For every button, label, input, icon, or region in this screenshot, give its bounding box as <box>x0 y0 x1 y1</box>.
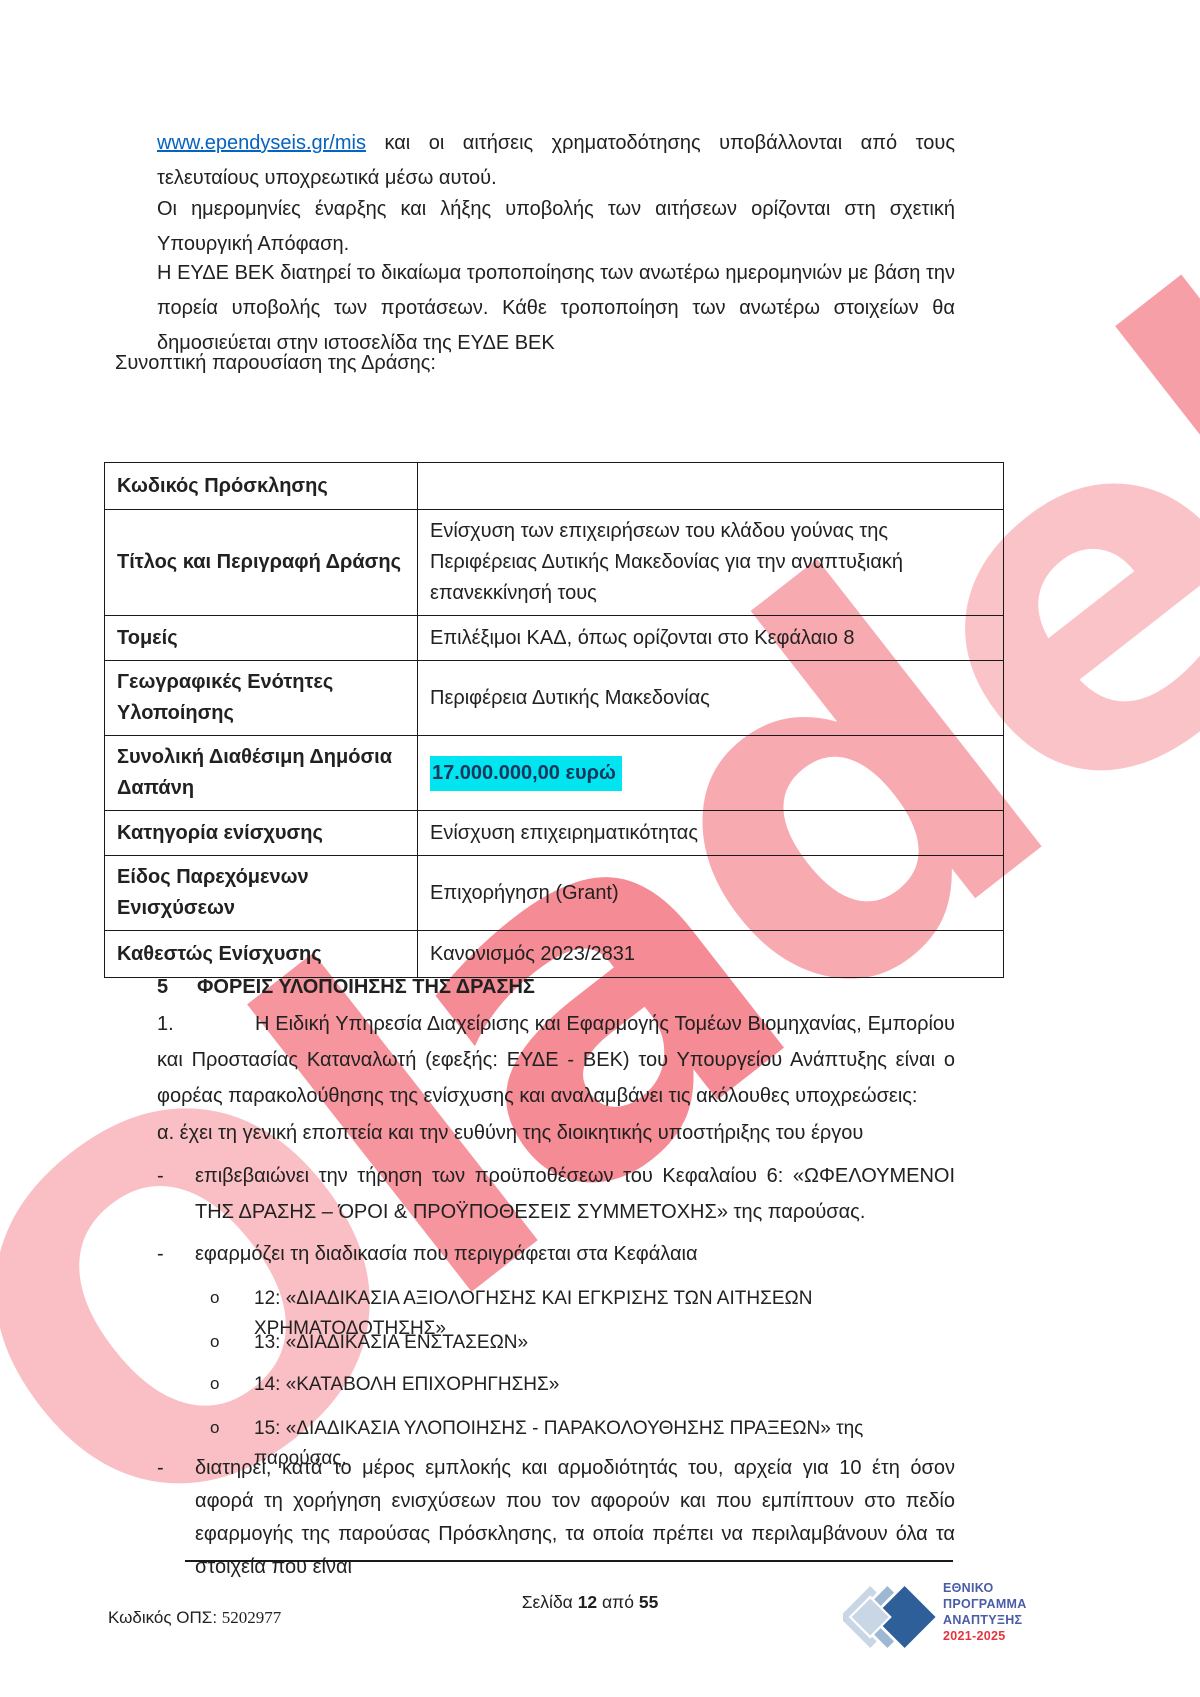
page-word: Σελίδα <box>522 1592 573 1612</box>
row-label: Γεωγραφικές Ενότητες Υλοποίησης <box>105 661 418 736</box>
action-summary-table: Κωδικός Πρόσκλησης Τίτλος και Περιγραφή … <box>104 462 1004 978</box>
ependyseis-link[interactable]: www.ependyseis.gr/mis <box>157 132 366 154</box>
row-value: 17.000.000,00 ευρώ <box>418 736 1004 811</box>
page-of-word: από <box>602 1592 634 1612</box>
epa-line1: ΕΘΝΙΚΟ <box>943 1580 1027 1596</box>
item-number: 1. <box>157 1006 255 1042</box>
dash-marker: - <box>157 1452 164 1485</box>
row-label: Συνολική Διαθέσιμη Δημόσια Δαπάνη <box>105 736 418 811</box>
ops-label: Κωδικός ΟΠΣ: <box>108 1608 217 1627</box>
bullet-text: 14: «ΚΑΤΑΒΟΛΗ ΕΠΙΧΟΡΗΓΗΣΗΣ» <box>254 1374 559 1395</box>
paragraph-submission: www.ependyseis.gr/mis και οι αιτήσεις χρ… <box>157 126 955 196</box>
section-heading: 5ΦΟΡΕΙΣ ΥΛΟΠΟΙΗΣΗΣ ΤΗΣ ΔΡΑΣΗΣ <box>157 976 955 999</box>
dash-bullet: - διατηρεί, κατά το μέρος εμπλοκής και α… <box>157 1452 955 1584</box>
table-row: Συνολική Διαθέσιμη Δημόσια Δαπάνη 17.000… <box>105 736 1004 811</box>
bullet-text: 13: «ΔΙΑΔΙΚΑΣΙΑ ΕΝΣΤΑΣΕΩΝ» <box>254 1332 528 1353</box>
row-label: Κωδικός Πρόσκλησης <box>105 463 418 510</box>
footer-rule <box>185 1560 953 1562</box>
epa-logo-text: ΕΘΝΙΚΟ ΠΡΟΓΡΑΜΜΑ ΑΝΑΠΤΥΞΗΣ 2021-2025 <box>943 1580 1027 1644</box>
row-label: Τίτλος και Περιγραφή Δράσης <box>105 510 418 616</box>
section-item-1: 1.Η Ειδική Υπηρεσία Διαχείρισης και Εφαρ… <box>157 1006 955 1114</box>
circle-bullet: o 14: «ΚΑΤΑΒΟΛΗ ΕΠΙΧΟΡΗΓΗΣΗΣ» <box>210 1370 955 1400</box>
ops-value: 5202977 <box>222 1608 282 1627</box>
table-row: Γεωγραφικές Ενότητες Υλοποίησης Περιφέρε… <box>105 661 1004 736</box>
table-intro-line: Συνοπτική παρουσίαση της Δράσης: <box>115 352 436 375</box>
table-row: Τίτλος και Περιγραφή Δράσης Ενίσχυση των… <box>105 510 1004 616</box>
row-label: Κατηγορία ενίσχυσης <box>105 811 418 856</box>
item-text: Η Ειδική Υπηρεσία Διαχείρισης και Εφαρμο… <box>157 1013 955 1107</box>
epa-line2: ΠΡΟΓΡΑΜΜΑ <box>943 1596 1027 1612</box>
document-page: www.ependyseis.gr/mis και οι αιτήσεις χρ… <box>0 0 1200 1697</box>
table-row: Κατηγορία ενίσχυσης Ενίσχυση επιχειρηματ… <box>105 811 1004 856</box>
page-current: 12 <box>578 1592 597 1612</box>
circle-marker: o <box>210 1413 219 1443</box>
row-value: Ενίσχυση των επιχειρήσεων του κλάδου γού… <box>418 510 1004 616</box>
table-row: Είδος Παρεχόμενων Ενισχύσεων Επιχορήγηση… <box>105 856 1004 931</box>
circle-bullet: o 13: «ΔΙΑΔΙΚΑΣΙΑ ΕΝΣΤΑΣΕΩΝ» <box>210 1328 955 1358</box>
epa-years: 2021-2025 <box>943 1628 1027 1644</box>
row-label: Είδος Παρεχόμενων Ενισχύσεων <box>105 856 418 931</box>
dash-bullet: - εφαρμόζει τη διαδικασία που περιγράφετ… <box>157 1236 955 1272</box>
section-number: 5 <box>157 976 197 999</box>
row-value: Επιχορήγηση (Grant) <box>418 856 1004 931</box>
row-value: Κανονισμός 2023/2831 <box>418 931 1004 978</box>
row-value: Επιλέξιμοι ΚΑΔ, όπως ορίζονται στο Κεφάλ… <box>418 616 1004 661</box>
dash-marker: - <box>157 1158 164 1194</box>
epa-logo: ΕΘΝΙΚΟ ΠΡΟΓΡΑΜΜΑ ΑΝΑΠΤΥΞΗΣ 2021-2025 <box>843 1574 1083 1664</box>
row-value <box>418 463 1004 510</box>
circle-marker: o <box>210 1283 219 1313</box>
epa-chevrons-icon <box>843 1574 939 1660</box>
bullet-text: εφαρμόζει τη διαδικασία που περιγράφεται… <box>195 1243 698 1265</box>
row-value: Ενίσχυση επιχειρηματικότητας <box>418 811 1004 856</box>
page-number: Σελίδα 12 από 55 <box>400 1592 780 1613</box>
dash-bullet: - επιβεβαιώνει την τήρηση των προϋποθέσε… <box>157 1158 955 1230</box>
section-title: ΦΟΡΕΙΣ ΥΛΟΠΟΙΗΣΗΣ ΤΗΣ ΔΡΑΣΗΣ <box>197 976 535 998</box>
item-alpha: α. έχει τη γενική εποπτεία και την ευθύν… <box>157 1116 955 1151</box>
circle-marker: o <box>210 1327 219 1357</box>
row-label: Καθεστώς Ενίσχυσης <box>105 931 418 978</box>
row-label: Τομείς <box>105 616 418 661</box>
paragraph-dates: Οι ημερομηνίες έναρξης και λήξης υποβολή… <box>157 192 955 262</box>
circle-marker: o <box>210 1369 219 1399</box>
bullet-text: επιβεβαιώνει την τήρηση των προϋποθέσεων… <box>195 1165 955 1223</box>
row-value: Περιφέρεια Δυτικής Μακεδονίας <box>418 661 1004 736</box>
ops-code: Κωδικός ΟΠΣ: 5202977 <box>108 1608 281 1628</box>
paragraph-eyde-bek: Η ΕΥΔΕ ΒΕΚ διατηρεί το δικαίωμα τροποποί… <box>157 256 955 361</box>
epa-line3: ΑΝΑΠΤΥΞΗΣ <box>943 1612 1027 1628</box>
table-row: Καθεστώς Ενίσχυσης Κανονισμός 2023/2831 <box>105 931 1004 978</box>
table-row: Τομείς Επιλέξιμοι ΚΑΔ, όπως ορίζονται στ… <box>105 616 1004 661</box>
page-total: 55 <box>639 1592 658 1612</box>
dash-marker: - <box>157 1236 164 1272</box>
table-row: Κωδικός Πρόσκλησης <box>105 463 1004 510</box>
highlighted-budget-value: 17.000.000,00 ευρώ <box>430 756 622 791</box>
